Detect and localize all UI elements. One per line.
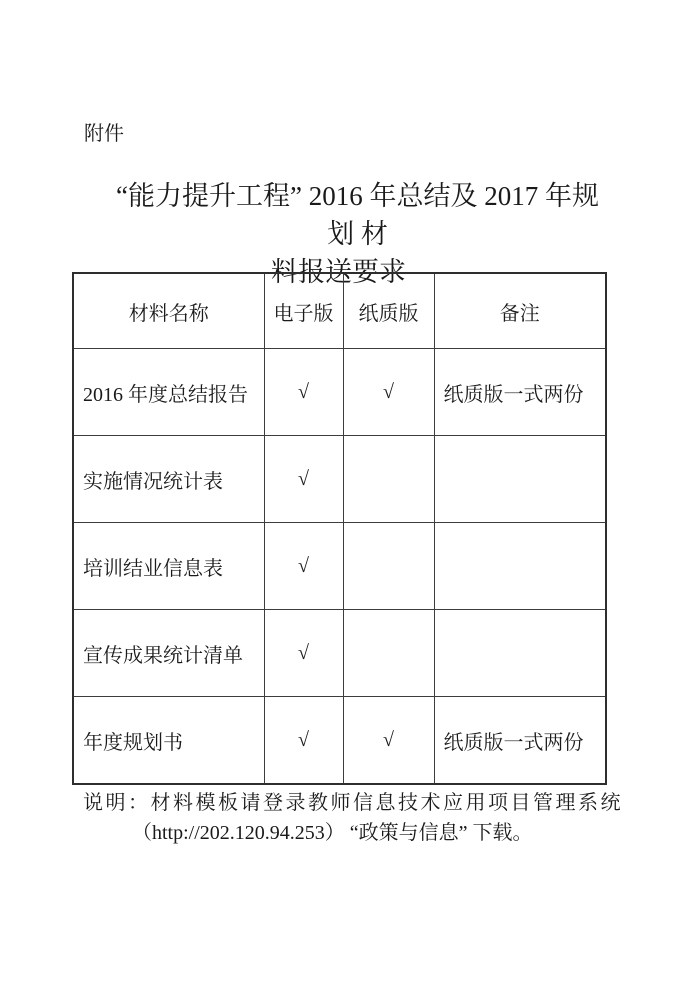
material-name-cell: 年度规划书: [73, 697, 264, 785]
note-cell: 纸质版一式两份: [434, 697, 606, 785]
paper-check-cell: √: [343, 349, 434, 436]
materials-table: 材料名称 电子版 纸质版 备注 2016 年度总结报告 √ √ 纸质版一式两份 …: [72, 272, 607, 785]
document-title-line1: “能力提升工程” 2016 年总结及 2017 年规划 材: [72, 177, 605, 253]
electronic-check-cell: √: [264, 349, 343, 436]
material-name-cell: 宣传成果统计清单: [73, 610, 264, 697]
header-electronic: 电子版: [264, 273, 343, 349]
footnote-line1: 说明：材料模板请登录教师信息技术应用项目管理系统: [72, 788, 632, 818]
paper-check-cell: [343, 610, 434, 697]
note-cell: [434, 523, 606, 610]
material-name-cell: 培训结业信息表: [73, 523, 264, 610]
footnote-line2: （http://202.120.94.253） “政策与信息” 下载。: [72, 818, 632, 848]
electronic-check-cell: √: [264, 436, 343, 523]
header-material-name: 材料名称: [73, 273, 264, 349]
table-row: 2016 年度总结报告 √ √ 纸质版一式两份: [73, 349, 606, 436]
paper-check-cell: √: [343, 697, 434, 785]
electronic-check-cell: √: [264, 697, 343, 785]
attachment-label: 附件: [84, 121, 124, 147]
material-name-cell: 2016 年度总结报告: [73, 349, 264, 436]
note-cell: 纸质版一式两份: [434, 349, 606, 436]
electronic-check-cell: √: [264, 610, 343, 697]
paper-check-cell: [343, 523, 434, 610]
document-page: 附件 “能力提升工程” 2016 年总结及 2017 年规划 材 料报送要求 材…: [0, 0, 700, 994]
table-row: 实施情况统计表 √: [73, 436, 606, 523]
table-row: 年度规划书 √ √ 纸质版一式两份: [73, 697, 606, 785]
paper-check-cell: [343, 436, 434, 523]
material-name-cell: 实施情况统计表: [73, 436, 264, 523]
header-paper: 纸质版: [343, 273, 434, 349]
table-row: 培训结业信息表 √: [73, 523, 606, 610]
header-note: 备注: [434, 273, 606, 349]
electronic-check-cell: √: [264, 523, 343, 610]
footnote: 说明：材料模板请登录教师信息技术应用项目管理系统 （http://202.120…: [72, 788, 632, 848]
table-header-row: 材料名称 电子版 纸质版 备注: [73, 273, 606, 349]
note-cell: [434, 436, 606, 523]
note-cell: [434, 610, 606, 697]
table-row: 宣传成果统计清单 √: [73, 610, 606, 697]
